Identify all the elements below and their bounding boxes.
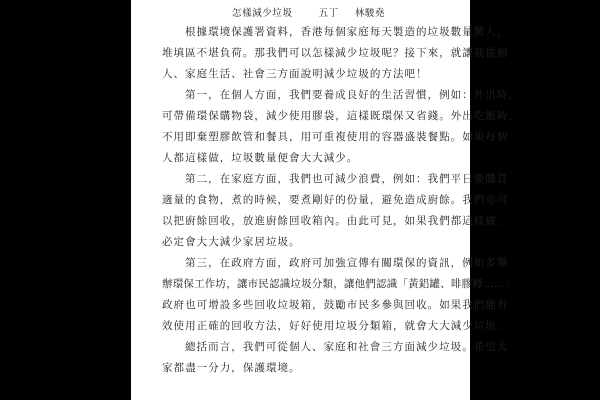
paragraph-4-line-4: 效使用正確的回收方法，好好使用垃圾分類箱，就會大大減少垃圾。: [162, 319, 509, 333]
paragraph-2-line-3: 不用即棄塑膠飲管和餐具，用可重複使用的容器盛裝餐點。如果每個: [162, 130, 509, 144]
essay-title: 怎樣減少垃圾: [232, 5, 293, 19]
paragraph-1-line-1: 根據環境保護署資料，香港每個家庭每天製造的垃圾數量驚人，: [185, 25, 508, 39]
paragraph-5-line-2: 家都盡一分力，保護環境。: [162, 361, 301, 375]
paragraph-2-line-4: 人都這樣做，垃圾數量便會大大減少。: [162, 151, 358, 165]
author-name: 林駿堯: [355, 5, 385, 19]
paragraph-3-line-3: 以把廚餘回收，放進廚餘回收箱內。由此可見，如果我們都這樣做，: [162, 214, 509, 228]
paragraph-3-line-2: 適量的食物，煮的時候，要煮剛好的份量，避免造成廚餘。我們亦可: [162, 193, 509, 207]
paragraph-2-line-1: 第一，在個人方面，我們要養成良好的生活習慣，例如：外出時，: [185, 88, 520, 102]
document-page: 怎樣減少垃圾五丁林駿堯 根據環境保護署資料，香港每個家庭每天製造的垃圾數量驚人，…: [131, 0, 470, 400]
class-label: 五丁: [319, 5, 339, 19]
paragraph-1-line-2: 堆填區不堪負荷。那我們可以怎樣減少垃圾呢？接下來，就讓我從個: [162, 46, 509, 60]
paragraph-4-line-1: 第三，在政府方面，政府可加強宣傳有關環保的資訊，例如多舉: [185, 256, 508, 270]
paragraph-1-line-3: 人、家庭生活、社會三方面說明減少垃圾的方法吧！: [162, 67, 428, 81]
paragraph-4-line-3: 政府也可增設多些回收垃圾箱，鼓勵市民多參與回收。如果我們能有: [162, 298, 509, 312]
essay-header: 怎樣減少垃圾五丁林駿堯: [232, 5, 392, 19]
paragraph-5-line-1: 總括而言，我們可從個人、家庭和社會三方面減少垃圾。希望大: [185, 340, 508, 354]
paragraph-2-line-2: 可帶備環保購物袋，減少使用膠袋，這樣既環保又省錢。外出吃飯時，: [162, 109, 520, 123]
paragraph-3-line-1: 第二，在家庭方面，我們也可減少浪費，例如：我們平日要購買: [185, 172, 508, 186]
paragraph-4-line-2: 辦環保工作坊，讓市民認識垃圾分類，讓他們認識「黃鋁罐、啡膠樽……」: [162, 277, 515, 291]
paragraph-3-line-4: 必定會大大減少家居垃圾。: [162, 235, 301, 249]
